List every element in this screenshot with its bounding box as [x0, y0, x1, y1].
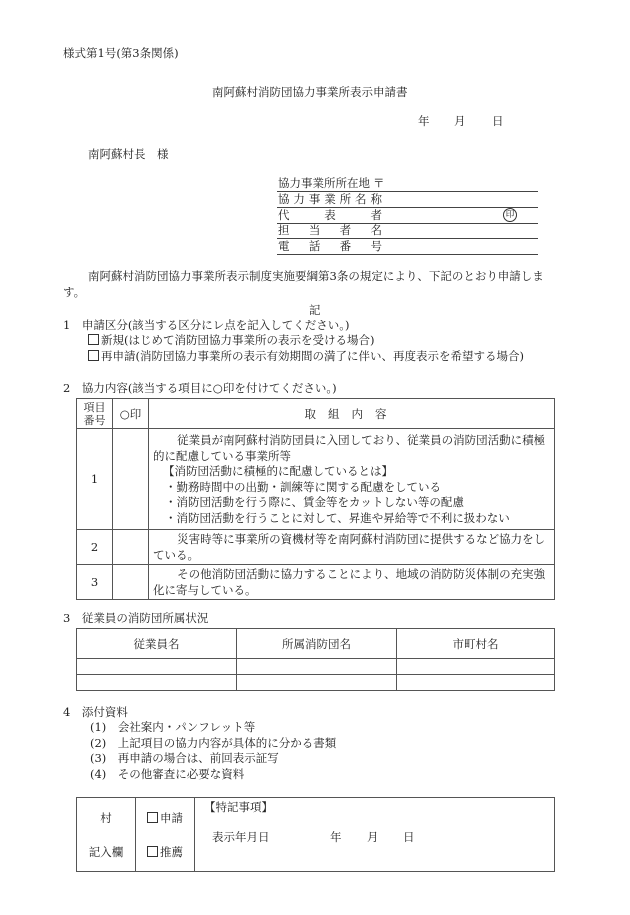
representative-label: 代表者 [278, 209, 382, 222]
col-content: 取組内容 [149, 399, 555, 429]
col-item-number: 項目 番号 [77, 399, 113, 429]
intro-text: 南阿蘇村消防団協力事業所表示制度実施要綱第3条の規定により、下記のとおり申請しま [88, 270, 544, 284]
special-notes-cell[interactable]: 【特記事項】 表示年月日 年 月 日 [195, 798, 555, 872]
special-notes-heading: 【特記事項】 [204, 801, 273, 815]
row-number: 1 [77, 429, 113, 530]
applicant-name-field[interactable]: 協力事業所名称 [277, 191, 538, 208]
mark-cell[interactable] [113, 565, 149, 600]
village-entry-box: 村 記入欄 申請 推薦 【特記事項】 表示年月日 年 月 日 [76, 797, 555, 872]
content-cell: 従業員が南阿蘇村消防団員に入団しており、従業員の消防団活動に積極的に配慮している… [149, 429, 555, 530]
ki-label: 記 [309, 304, 321, 318]
section3-heading: 3 従業員の消防団所属状況 [63, 612, 208, 626]
checkbox-new[interactable] [88, 334, 99, 345]
municipality-cell[interactable] [397, 675, 555, 691]
checkbox-application[interactable] [147, 812, 158, 823]
attachment-item: (3) 再申請の場合は、前回表示証写 [90, 752, 279, 766]
col-mark: ○印 [113, 399, 149, 429]
display-date-month[interactable]: 月 [367, 831, 379, 845]
display-date-day[interactable]: 日 [403, 831, 415, 845]
display-date-label: 表示年月日 [212, 831, 270, 845]
option-reapply-label: 再申請(消防団協力事業所の表示有効期間の満了に伴い、再度表示を希望する場合) [101, 349, 524, 363]
document-title: 南阿蘇村消防団協力事業所表示申請書 [212, 86, 408, 100]
row-number: 2 [77, 530, 113, 565]
row-number: 3 [77, 565, 113, 600]
village-label-cell: 村 記入欄 [77, 798, 136, 872]
table-row [77, 659, 555, 675]
employee-name-cell[interactable] [77, 659, 237, 675]
option-application[interactable]: 申請 [147, 810, 183, 826]
display-date-year[interactable]: 年 [330, 831, 342, 845]
fire-brigade-cell[interactable] [237, 659, 397, 675]
contact-person-field[interactable]: 担当者名 [277, 222, 538, 239]
date-month-label[interactable]: 月 [454, 115, 466, 129]
membership-table: 従業員名 所属消防団名 市町村名 [76, 628, 555, 691]
village-label: 村 [100, 810, 112, 826]
applicant-address-field[interactable]: 協力事業所所在地 〒 [277, 175, 538, 192]
seal-icon: 印 [503, 208, 517, 222]
intro-text-cont: す。 [63, 286, 85, 300]
col-municipality: 市町村名 [397, 629, 555, 659]
col-fire-brigade: 所属消防団名 [237, 629, 397, 659]
col-employee-name: 従業員名 [77, 629, 237, 659]
table-row: 1 従業員が南阿蘇村消防団員に入団しており、従業員の消防団活動に積極的に配慮して… [77, 429, 555, 530]
applicant-name-label: 協力事業所名称 [278, 193, 382, 206]
cooperation-table-header: 項目 番号 ○印 取組内容 [77, 399, 555, 429]
employee-name-cell[interactable] [77, 675, 237, 691]
phone-number-field[interactable]: 電話番号 [277, 238, 538, 255]
date-day-label[interactable]: 日 [492, 115, 504, 129]
village-options-cell: 申請 推薦 [136, 798, 195, 872]
cooperation-table: 項目 番号 ○印 取組内容 1 従業員が南阿蘇村消防団員に入団しており、従業員の… [76, 398, 555, 600]
option-reapply[interactable]: 再申請(消防団協力事業所の表示有効期間の満了に伴い、再度表示を希望する場合) [88, 350, 524, 364]
form-number: 様式第1号(第3条関係) [63, 47, 179, 61]
fire-brigade-cell[interactable] [237, 675, 397, 691]
entry-column-label: 記入欄 [89, 844, 124, 860]
attachment-item: (2) 上記項目の協力内容が具体的に分かる書類 [90, 737, 336, 751]
option-new[interactable]: 新規(はじめて消防団協力事業所の表示を受ける場合) [88, 334, 374, 348]
phone-number-label: 電話番号 [278, 240, 382, 253]
checkbox-recommendation[interactable] [147, 846, 158, 857]
content-cell: 災害時等に事業所の資機材等を南阿蘇村消防団に提供するなど協力をしている。 [149, 530, 555, 565]
mark-cell[interactable] [113, 530, 149, 565]
table-row: 2 災害時等に事業所の資機材等を南阿蘇村消防団に提供するなど協力をしている。 [77, 530, 555, 565]
applicant-address-postal: 〒 [373, 177, 385, 190]
checkbox-reapply[interactable] [88, 350, 99, 361]
content-cell: その他消防団活動に協力することにより、地域の消防防災体制の充実強化に寄与している… [149, 565, 555, 600]
section2-heading: 2 協力内容(該当する項目に○印を付けてください。) [63, 382, 337, 396]
membership-table-header: 従業員名 所属消防団名 市町村名 [77, 629, 555, 659]
addressee: 南阿蘇村長 様 [88, 148, 169, 162]
attachment-item: (1) 会社案内・パンフレット等 [90, 721, 255, 735]
attachment-item: (4) その他審査に必要な資料 [90, 768, 244, 782]
municipality-cell[interactable] [397, 659, 555, 675]
date-year-label[interactable]: 年 [418, 115, 430, 129]
section1-heading: 1 申請区分(該当する区分にレ点を記入してください。) [63, 319, 350, 333]
table-row: 3 その他消防団活動に協力することにより、地域の消防防災体制の充実強化に寄与して… [77, 565, 555, 600]
mark-cell[interactable] [113, 429, 149, 530]
option-new-label: 新規(はじめて消防団協力事業所の表示を受ける場合) [101, 333, 374, 347]
option-recommendation[interactable]: 推薦 [147, 844, 183, 860]
applicant-address-label: 協力事業所所在地 [278, 177, 370, 190]
table-row [77, 675, 555, 691]
contact-person-label: 担当者名 [278, 224, 382, 237]
section4-heading: 4 添付資料 [63, 706, 128, 720]
